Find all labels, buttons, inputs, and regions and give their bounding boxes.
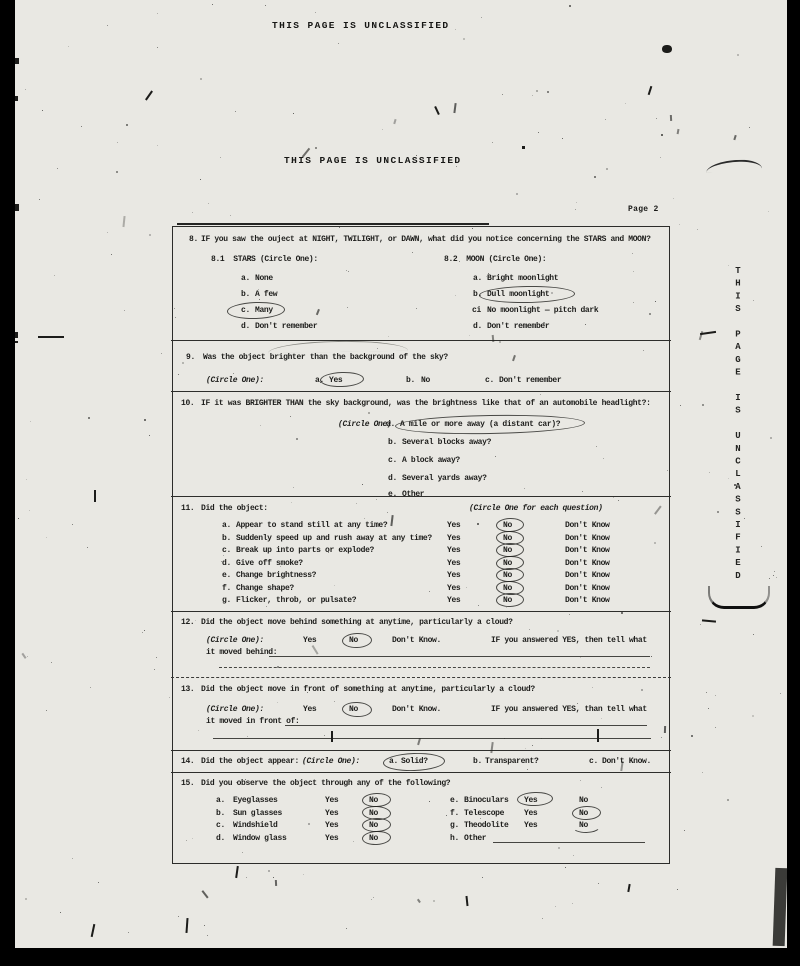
yes-label: Yes xyxy=(303,705,316,715)
answer-circle-dull-moonlight xyxy=(479,285,575,304)
q8-stars-heading: 8.1 STARS (Circle One): xyxy=(211,255,318,265)
q13-tail: it moved in front of: xyxy=(206,717,299,727)
scan-artifact-nub xyxy=(15,58,19,64)
yes-label: Yes xyxy=(447,571,460,581)
dk-label: Don't Know. xyxy=(392,636,441,646)
row-label: Binoculars xyxy=(464,796,509,806)
dk-label: Don't Know xyxy=(565,559,610,569)
row-letter: e. xyxy=(450,796,459,806)
option-text: Transparent? xyxy=(485,757,538,767)
scan-artifact-dark-rule xyxy=(177,223,489,225)
row-letter: c. xyxy=(216,821,225,831)
yes-label: Yes xyxy=(447,584,460,594)
q10-text: IF it was BRIGHTER THAN the sky backgrou… xyxy=(201,399,651,409)
divider xyxy=(171,772,671,773)
option-text: No moonlight — pitch dark xyxy=(487,306,598,316)
q8-moon-heading: 8.2 MOON (Circle One): xyxy=(444,255,546,265)
dk-label: Don't Know xyxy=(565,584,610,594)
row-label: Windshield xyxy=(233,821,278,831)
yes-label: Yes xyxy=(447,559,460,569)
option-text: A block away? xyxy=(402,456,460,466)
row-letter: e. xyxy=(222,571,231,581)
divider xyxy=(171,391,671,392)
row-label: Sun glasses xyxy=(233,809,282,819)
answer-circle-yes xyxy=(517,791,553,806)
q13-blank-line xyxy=(285,725,647,726)
option-letter: b. xyxy=(406,376,415,386)
question-form-box: 8. IF you saw the ouject at NIGHT, TWILI… xyxy=(172,226,670,864)
option-letter: d. xyxy=(473,322,482,332)
answer-arc-no xyxy=(572,818,601,833)
classification-header-top: THIS PAGE IS UNCLASSIFIED xyxy=(272,20,450,31)
scan-artifact-nub xyxy=(15,204,19,211)
dk-label: Don't Know xyxy=(565,521,610,531)
q13-text: Did the object move in front of somethin… xyxy=(201,685,535,695)
option-text: Other xyxy=(402,490,424,500)
scan-artifact xyxy=(38,336,64,338)
q15-text: Did you observe the object through any o… xyxy=(201,779,450,789)
q8-text: IF you saw the ouject at NIGHT, TWILIGHT… xyxy=(201,235,651,245)
divider xyxy=(171,611,671,612)
option-letter: b. xyxy=(241,290,250,300)
option-text: None xyxy=(255,274,273,284)
q8-number: 8. xyxy=(189,235,198,245)
dk-label: Don't Know xyxy=(565,546,610,556)
dk-label: Don't Know xyxy=(565,534,610,544)
dk-label: Don't Know xyxy=(565,571,610,581)
scan-edge-right xyxy=(787,0,800,966)
row-question: Flicker, throb, or pulsate? xyxy=(236,596,356,606)
q13-blank-line-2 xyxy=(213,738,651,739)
q15-other-blank-line xyxy=(493,842,645,843)
page-number: Page 2 xyxy=(628,205,659,214)
option-letter: b. xyxy=(388,438,397,448)
q14-text: Did the object appear: xyxy=(201,757,299,767)
q9-text: Was the object brighter than the backgro… xyxy=(203,353,448,363)
q12-circle-label: (Circle One): xyxy=(206,636,264,646)
scan-edge-left xyxy=(0,0,15,966)
answer-circle-yes xyxy=(320,371,364,388)
yes-label: Yes xyxy=(524,821,537,831)
option-letter: c. xyxy=(589,757,598,767)
yes-label: Yes xyxy=(447,546,460,556)
option-letter: c. xyxy=(388,456,397,466)
yes-label: Yes xyxy=(447,534,460,544)
answer-circle-no xyxy=(342,632,373,648)
no-label: No xyxy=(579,796,588,806)
row-question: Give off smoke? xyxy=(236,559,303,569)
option-text: Several yards away? xyxy=(402,474,487,484)
row-letter: f. xyxy=(450,809,459,819)
row-question: Change brightness? xyxy=(236,571,316,581)
yes-label: Yes xyxy=(524,809,537,819)
option-letter: ci xyxy=(472,306,481,316)
divider xyxy=(171,340,671,341)
row-label: Theodolite xyxy=(464,821,509,831)
row-letter: h. xyxy=(450,834,459,844)
q14-circle-label: (Circle One): xyxy=(302,757,360,767)
q12-blank-line xyxy=(269,656,650,657)
row-question: Appear to stand still at any time? xyxy=(236,521,387,531)
classification-margin-vertical: THIS PAGE IS UNCLASSIFIED xyxy=(733,266,743,584)
option-letter: d. xyxy=(388,474,397,484)
row-letter: a. xyxy=(222,521,231,531)
dk-label: Don't Know. xyxy=(392,705,441,715)
row-label: Other xyxy=(464,834,486,844)
option-text: A few xyxy=(255,290,277,300)
option-letter: b. xyxy=(473,757,482,767)
q13-circle-label: (Circle One): xyxy=(206,705,264,715)
row-question: Suddenly speed up and rush away at any t… xyxy=(236,534,432,544)
option-text: Don't remember xyxy=(499,376,561,386)
row-question: Break up into parts or explode? xyxy=(236,546,374,556)
scan-edge-bottom xyxy=(0,948,800,966)
answer-circle-many xyxy=(227,301,286,320)
q11-text: Did the object: xyxy=(201,504,268,514)
answer-circle-no xyxy=(572,805,601,820)
q11-note: (Circle One for each question) xyxy=(469,504,603,514)
row-letter: d. xyxy=(216,834,225,844)
q9-circle-label: (Circle One): xyxy=(206,376,264,386)
q12-text: Did the object move behind something at … xyxy=(201,618,513,628)
q10-number: 10. xyxy=(181,399,194,409)
yes-label: Yes xyxy=(325,834,338,844)
classification-header-mid: THIS PAGE IS UNCLASSIFIED xyxy=(284,155,462,166)
option-text: Don't remember xyxy=(255,322,317,332)
q12-blank-line-2 xyxy=(219,667,650,668)
option-letter: c. xyxy=(485,376,494,386)
scan-artifact-nub xyxy=(15,332,18,338)
scan-artifact-tick xyxy=(331,731,333,742)
answer-circle-no xyxy=(342,701,373,717)
q12-tail: it moved behind: xyxy=(206,648,277,658)
row-label: Window glass xyxy=(233,834,286,844)
answer-circle-solid xyxy=(383,752,446,772)
row-letter: d. xyxy=(222,559,231,569)
q9-number: 9. xyxy=(186,353,195,363)
scan-artifact xyxy=(94,490,96,502)
option-text: Don't remember xyxy=(487,322,549,332)
scan-artifact-bottom-bracket xyxy=(708,586,770,609)
answer-circle-no xyxy=(496,593,524,608)
scan-artifact-nub xyxy=(15,96,18,101)
q14-number: 14. xyxy=(181,757,194,767)
row-letter: g. xyxy=(450,821,459,831)
option-text: Several blocks away? xyxy=(402,438,491,448)
q12-number: 12. xyxy=(181,618,194,628)
option-letter: a. xyxy=(386,420,395,430)
row-letter: b. xyxy=(216,809,225,819)
yes-label: Yes xyxy=(325,821,338,831)
yes-label: Yes xyxy=(447,521,460,531)
row-letter: c. xyxy=(222,546,231,556)
q13-number: 13. xyxy=(181,685,194,695)
q13-if-text: IF you answered YES, than tell what xyxy=(491,705,647,715)
row-question: Change shape? xyxy=(236,584,294,594)
q10-circle-label: (Circle One) xyxy=(338,420,391,430)
row-letter: g. xyxy=(222,596,231,606)
divider-dashed xyxy=(171,677,671,678)
option-letter: a. xyxy=(241,274,250,284)
option-letter: e. xyxy=(388,490,397,500)
row-label: Telescope xyxy=(464,809,504,819)
divider xyxy=(171,750,671,751)
q11-number: 11. xyxy=(181,504,194,514)
option-text: Bright moonlight xyxy=(487,274,558,284)
scan-artifact xyxy=(522,146,525,149)
row-label: Eyeglasses xyxy=(233,796,278,806)
answer-circle-no xyxy=(362,830,392,845)
option-text: Don't Know. xyxy=(602,757,651,767)
yes-label: Yes xyxy=(325,809,338,819)
yes-label: Yes xyxy=(303,636,316,646)
dk-label: Don't Know xyxy=(565,596,610,606)
scanned-questionnaire-page: THIS PAGE IS UNCLASSIFIED THIS PAGE IS U… xyxy=(0,0,800,966)
option-letter: d. xyxy=(241,322,250,332)
row-letter: a. xyxy=(216,796,225,806)
option-letter: a. xyxy=(473,274,482,284)
row-letter: f. xyxy=(222,584,231,594)
answer-circle-mile-away xyxy=(395,413,585,435)
scan-artifact-blob xyxy=(662,45,672,53)
q12-if-text: IF you answered YES, then tell what xyxy=(491,636,647,646)
q15-number: 15. xyxy=(181,779,194,789)
scan-artifact-tick xyxy=(597,729,599,742)
option-text: No xyxy=(421,376,430,386)
row-letter: b. xyxy=(222,534,231,544)
yes-label: Yes xyxy=(325,796,338,806)
yes-label: Yes xyxy=(447,596,460,606)
